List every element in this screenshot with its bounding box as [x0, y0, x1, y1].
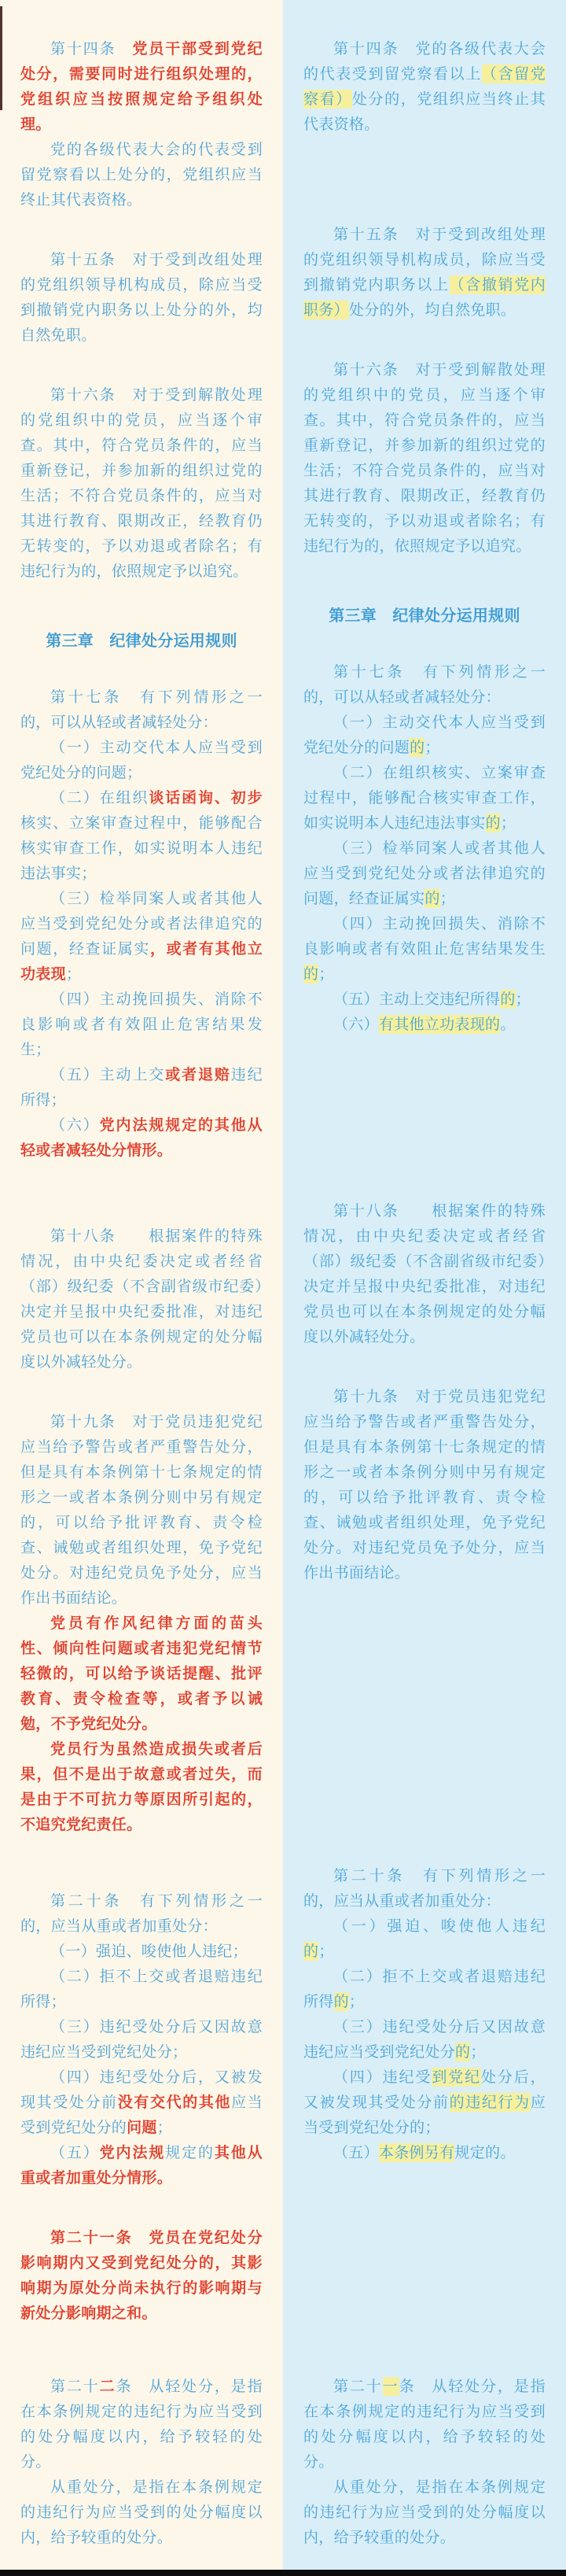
article-17-item-1: （一）主动交代本人应当受到党纪处分的问题； [20, 735, 263, 785]
highlighted-text: 的 [455, 2043, 470, 2061]
red-edit-text: 党内法规 [100, 2144, 166, 2161]
article-22-para-2: 从重处分，是指在本条例规定的违纪行为应当受到的处分幅度以内，给予较重的处分。 [20, 2475, 263, 2550]
highlighted-text: 的 [303, 1942, 318, 1961]
bottom-black-bar [0, 2570, 566, 2576]
highlighted-text: 本条例另有 [379, 2143, 455, 2162]
article-15: 第十五条 对于受到改组处理的党组织领导机构成员，除应当受到撤销党内职务以上处分的… [20, 247, 263, 348]
article-20-item-3: （三）违纪受处分后又因故意违纪应当受到党纪处分的； [303, 2014, 546, 2065]
article-17-item-4: （四）主动挽回损失、消除不良影响或者有效阻止危害结果发生的； [303, 911, 546, 987]
highlighted-text: 的违纪行为 [450, 2093, 531, 2112]
text-run: 第二十 [50, 2378, 100, 2395]
article-20-intro: 第二十条 有下列情形之一的，应当从重或者加重处分： [303, 1863, 546, 1914]
text-run: （一）强迫、唆使他人违纪 [333, 1917, 546, 1935]
article-20-item-5: （五）本条例另有规定的。 [303, 2140, 546, 2165]
highlighted-text: 有其他立功表现的 [379, 1015, 500, 1034]
text-run: （五）主动上交 [50, 1066, 165, 1083]
text-run: 第十八条 根据案件的特殊情况，由中央纪委决定或者经省（部）级纪委（不含副省级市纪… [20, 1227, 263, 1371]
highlighted-text: 的 [486, 814, 501, 832]
text-run: （二）在组织 [50, 789, 149, 806]
text-run: ； [66, 965, 81, 983]
highlighted-text: 的 [334, 1992, 349, 2011]
text-run: 第十九条 对于党员违犯党纪应当给予警告或者严重警告处分，但是具有本条例第十七条规… [20, 1413, 263, 1607]
text-run: ； [501, 814, 516, 832]
highlighted-text: 的 [410, 738, 424, 757]
red-edit-text: 谈话函询、初步 [149, 789, 263, 806]
two-column-layout: 第十四条 党员干部受到党纪处分，需要同时进行组织处理的，党组织应当按照规定给予组… [0, 0, 566, 2570]
text-run: 第三章 纪律处分运用规则 [46, 631, 237, 650]
red-edit-text: 或者退赔 [165, 1066, 231, 1083]
article-16: 第十六条 对于受到解散处理的党组织中的党员，应当逐个审查。其中，符合党员条件的，… [20, 382, 263, 584]
article-17-item-6: （六）有其他立功表现的。 [303, 1012, 546, 1037]
text-run: 第十七条 有下列情形之一的，可以从轻或者减轻处分： [303, 663, 546, 706]
article-18: 第十八条 根据案件的特殊情况，由中央纪委决定或者经省（部）级纪委（不含副省级市纪… [303, 1198, 546, 1349]
text-run: 从重处分，是指在本条例规定的违纪行为应当受到的处分幅度以内，给予较重的处分。 [20, 2478, 263, 2546]
text-run: 第三章 纪律处分运用规则 [329, 606, 520, 625]
article-17-item-1: （一）主动交代本人应当受到党纪处分的问题的； [303, 710, 546, 760]
document-column-left-revised: 第十四条 党员干部受到党纪处分，需要同时进行组织处理的，党组织应当按照规定给予组… [0, 0, 283, 2570]
highlighted-text: 的 [303, 965, 318, 984]
article-20-item-2: （二）拒不上交或者退赔违纪所得； [20, 1964, 263, 2014]
text-run: ； [318, 965, 333, 983]
text-run: 第二十条 有下列情形之一的，应当从重或者加重处分： [303, 1867, 546, 1910]
article-21-para-1: 第二十一条 从轻处分，是指在本条例规定的违纪行为应当受到的处分幅度以内，给予较轻… [303, 2374, 546, 2475]
red-edit-text: 问题 [127, 2119, 157, 2136]
text-run: 党的各级代表大会的代表受到留党察看以上处分的，党组织应当终止其代表资格。 [20, 141, 263, 209]
text-run: 第十八条 根据案件的特殊情况，由中央纪委决定或者经省（部）级纪委（不含副省级市纪… [303, 1202, 546, 1345]
text-run: （二）拒不上交或者退赔违纪所得； [20, 1968, 263, 2010]
text-run: 规定的 [165, 2144, 215, 2161]
article-17-intro: 第十七条 有下列情形之一的，可以从轻或者减轻处分： [303, 659, 546, 710]
text-run: 从重处分，是指在本条例规定的违纪行为应当受到的处分幅度以内，给予较重的处分。 [303, 2478, 546, 2546]
red-edit-text: 没有交代的其他 [118, 2094, 231, 2111]
text-run: （一）强迫、唆使他人违纪； [50, 1943, 248, 1960]
red-edit-text: 二 [100, 2378, 116, 2395]
article-17-item-6: （六）党内法规规定的其他从轻或者减轻处分情形。 [20, 1113, 263, 1163]
text-run: （四）主动挽回损失、消除不良影响或者有效阻止危害结果发生 [303, 915, 546, 958]
article-14-para-2: 党的各级代表大会的代表受到留党察看以上处分的，党组织应当终止其代表资格。 [20, 137, 263, 212]
article-21: 第二十一条 党员在党纪处分影响期内又受到党纪处分的，其影响期为原处分尚未执行的影… [20, 2225, 263, 2326]
article-18: 第十八条 根据案件的特殊情况，由中央纪委决定或者经省（部）级纪委（不含副省级市纪… [20, 1223, 263, 1375]
text-run: 第二十 [333, 2378, 383, 2395]
text-run: ； [318, 1943, 333, 1960]
page-edge-artifact [0, 6, 2, 110]
article-17-item-4: （四）主动挽回损失、消除不良影响或者有效阻止危害结果发生； [20, 987, 263, 1062]
text-run: ； [440, 890, 455, 907]
text-run: （五） [333, 2144, 379, 2161]
article-17-item-5: （五）主动上交违纪所得的； [303, 987, 546, 1012]
article-14-para-1: 第十四条 党员干部受到党纪处分，需要同时进行组织处理的，党组织应当按照规定给予组… [20, 36, 263, 137]
highlighted-text: 的 [500, 990, 515, 1009]
article-20-item-2: （二）拒不上交或者退赔违纪所得的； [303, 1964, 546, 2014]
article-20-item-4: （四）违纪受到党纪处分后，又被发现其受处分前的违纪行为应当受到党纪处分的； [303, 2065, 546, 2140]
article-17-item-3: （三）检举同案人或者其他人应当受到党纪处分或者法律追究的问题，经查证属实，或者有… [20, 886, 263, 987]
text-run: （六） [333, 1016, 379, 1033]
highlighted-text: 到党纪 [432, 2068, 481, 2087]
text-run: 第十六条 对于受到解散处理的党组织中的党员，应当逐个审查。其中，符合党员条件的，… [303, 361, 546, 555]
text-run: 第十五条 对于受到改组处理的党组织领导机构成员，除应当受到撤销党内职务以上处分的… [20, 251, 263, 344]
text-run: （五） [50, 2144, 100, 2161]
article-15: 第十五条 对于受到改组处理的党组织领导机构成员，除应当受到撤销党内职务以上（含撤… [303, 222, 546, 323]
article-16: 第十六条 对于受到解散处理的党组织中的党员，应当逐个审查。其中，符合党员条件的，… [303, 357, 546, 559]
text-run: 第十九条 对于党员违犯党纪应当给予警告或者严重警告处分，但是具有本条例第十七条规… [303, 1388, 546, 1581]
text-run: （三）违纪受处分后又因故意违纪应当受到党纪处分 [303, 2018, 546, 2061]
text-run: 第二十条 有下列情形之一的，应当从重或者加重处分： [20, 1892, 263, 1935]
document-column-right-original: 第十四条 党的各级代表大会的代表受到留党察看以上（含留党察看）处分的，党组织应当… [283, 0, 566, 2570]
article-20-item-5: （五）党内法规规定的其他从重或者加重处分情形。 [20, 2140, 263, 2190]
text-run: ； [349, 1993, 364, 2010]
red-edit-text: 党员有作风纪律方面的苗头性、倾向性问题或者违犯党纪情节轻微的，可以给予谈话提醒、… [20, 1615, 263, 1733]
text-run: ； [470, 2043, 485, 2061]
text-run: （四）主动挽回损失、消除不良影响或者有效阻止危害结果发生； [20, 991, 263, 1058]
article-17-item-3: （三）检举同案人或者其他人应当受到党纪处分或者法律追究的问题，经查证属实的； [303, 836, 546, 911]
highlighted-text: 一 [383, 2377, 399, 2396]
article-19-para-3: 党员行为虽然造成损失或者后果，但不是出于故意或者过失，而是由于不可抗力等原因所引… [20, 1736, 263, 1837]
text-run: 第十六条 对于受到解散处理的党组织中的党员，应当逐个审查。其中，符合党员条件的，… [20, 386, 263, 580]
red-edit-text: 第二十一条 党员在党纪处分影响期内又受到党纪处分的，其影响期为原处分尚未执行的影… [20, 2229, 263, 2322]
article-17-item-2: （二）在组织核实、立案审查过程中，能够配合核实审查工作，如实说明本人违纪违法事实… [303, 760, 546, 836]
red-edit-text: 党员行为虽然造成损失或者后果，但不是出于故意或者过失，而是由于不可抗力等原因所引… [20, 1740, 263, 1833]
article-19-para-2: 党员有作风纪律方面的苗头性、倾向性问题或者违犯党纪情节轻微的，可以给予谈话提醒、… [20, 1611, 263, 1736]
text-run: （五）主动上交违纪所得 [333, 991, 500, 1008]
text-run: 处分的外，均自然免职。 [349, 301, 516, 319]
article-20-intro: 第二十条 有下列情形之一的，应当从重或者加重处分： [20, 1888, 263, 1939]
article-14: 第十四条 党的各级代表大会的代表受到留党察看以上（含留党察看）处分的，党组织应当… [303, 36, 546, 137]
chapter-3-heading: 第三章 纪律处分运用规则 [20, 628, 263, 653]
article-20-item-1: （一）强迫、唆使他人违纪的； [303, 1914, 546, 1964]
text-run: ； [157, 2119, 172, 2136]
text-run: 第十七条 有下列情形之一的，可以从轻或者减轻处分： [20, 688, 263, 731]
text-run: 核实、立案审查过程中，能够配合核实审查工作，如实说明本人违纪违法事实； [20, 814, 263, 882]
article-20-item-4: （四）违纪受处分后，又被发现其受处分前没有交代的其他应当受到党纪处分的问题； [20, 2065, 263, 2140]
highlighted-text: 的 [424, 889, 439, 908]
article-20-item-1: （一）强迫、唆使他人违纪； [20, 1939, 263, 1964]
article-21-para-2: 从重处分，是指在本条例规定的违纪行为应当受到的处分幅度以内，给予较重的处分。 [303, 2475, 546, 2550]
text-run: 。 [500, 1016, 515, 1033]
text-run: （四）违纪受 [333, 2069, 432, 2086]
text-run: 第十四条 [50, 40, 132, 57]
article-17-item-2: （二）在组织谈话函询、初步核实、立案审查过程中，能够配合核实审查工作，如实说明本… [20, 785, 263, 886]
chapter-3-heading: 第三章 纪律处分运用规则 [303, 603, 546, 628]
article-17-intro: 第十七条 有下列情形之一的，可以从轻或者减轻处分： [20, 685, 263, 735]
article-19-para-1: 第十九条 对于党员违犯党纪应当给予警告或者严重警告处分，但是具有本条例第十七条规… [20, 1409, 263, 1611]
text-run: ； [424, 739, 439, 756]
article-17-item-5: （五）主动上交或者退赔违纪所得； [20, 1062, 263, 1113]
text-run: 规定的。 [454, 2144, 515, 2161]
article-20-item-3: （三）违纪受处分后又因故意违纪应当受到党纪处分； [20, 2014, 263, 2065]
text-run: ； [516, 991, 531, 1008]
document-comparison-page: 第十四条 党员干部受到党纪处分，需要同时进行组织处理的，党组织应当按照规定给予组… [0, 0, 566, 2576]
text-run: （六） [50, 1116, 100, 1134]
text-run: （三）违纪受处分后又因故意违纪应当受到党纪处分； [20, 2018, 263, 2061]
article-19: 第十九条 对于党员违犯党纪应当给予警告或者严重警告处分，但是具有本条例第十七条规… [303, 1384, 546, 1585]
article-22-para-1: 第二十二条 从轻处分，是指在本条例规定的违纪行为应当受到的处分幅度以内，给予较轻… [20, 2374, 263, 2475]
text-run: （一）主动交代本人应当受到党纪处分的问题； [20, 739, 263, 781]
